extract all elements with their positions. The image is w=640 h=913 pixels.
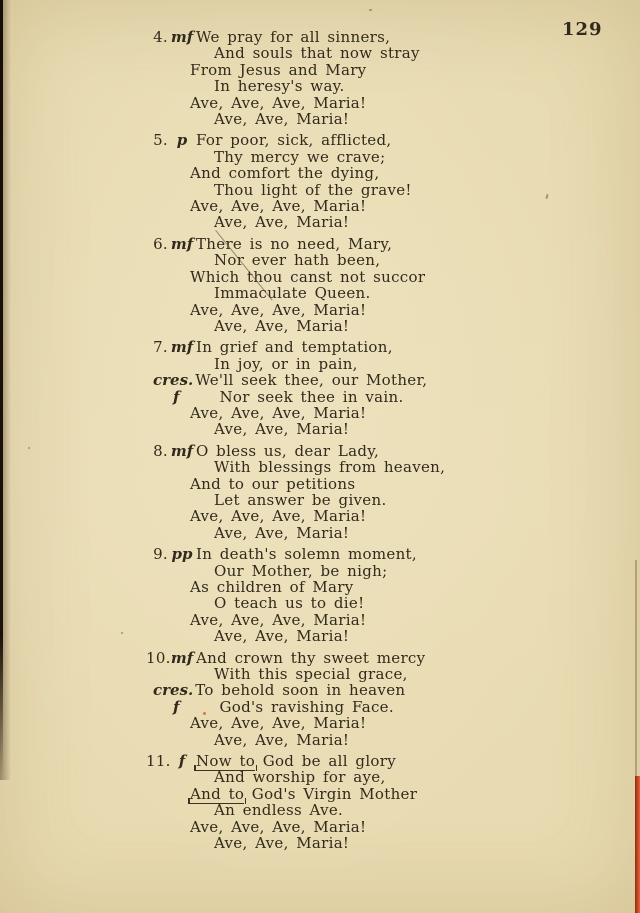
verse-number: 5. [146, 132, 168, 148]
line-text: God's ravishing Face. [219, 698, 393, 716]
right-page-edge-line [635, 560, 637, 785]
verse: 4.mfWe pray for all sinners,And souls th… [140, 29, 560, 127]
dynamic-marking: p [170, 132, 194, 148]
verse-number: 11. [146, 753, 168, 769]
line-text: O teach us to die! [214, 594, 364, 612]
paper-speck [203, 712, 206, 715]
verse-line: O teach us to die! [140, 595, 560, 611]
verse-line: From Jesus and Mary [140, 62, 560, 78]
verse-line: Ave, Ave, Ave, Maria! [140, 508, 560, 524]
verse-line: 9.ppIn death's solemn moment, [140, 546, 560, 562]
underline-marked-text: Now to [196, 752, 255, 771]
line-text: Ave, Ave, Ave, Maria! [190, 507, 366, 525]
verse-number: 6. [146, 236, 168, 252]
verse-line: 5.pFor poor, sick, afflicted, [140, 132, 560, 148]
line-text: Ave, Ave, Maria! [214, 213, 349, 231]
verse: 6.mfThere is no need, Mary,Nor ever hath… [140, 236, 560, 334]
verse-line: And worship for aye, [140, 769, 560, 785]
paper-speck [369, 9, 372, 11]
verse-line: Ave, Ave, Maria! [140, 628, 560, 644]
line-text: Ave, Ave, Maria! [214, 317, 349, 335]
line-text: Ave, Ave, Ave, Maria! [190, 301, 366, 319]
dynamic-marking: mf [170, 29, 194, 45]
line-text: Ave, Ave, Ave, Maria! [190, 94, 366, 112]
verse-line: As children of Mary [140, 579, 560, 595]
dynamic-marking: cres. [153, 372, 193, 388]
underline-marked-text: And to [190, 785, 244, 804]
verse-line: Ave, Ave, Maria! [140, 111, 560, 127]
verse: 10.mfAnd crown thy sweet mercyWith this … [140, 650, 560, 748]
line-text: Ave, Ave, Ave, Maria! [190, 714, 366, 732]
verse-line: Let answer be given. [140, 492, 560, 508]
verse-line: Ave, Ave, Ave, Maria! [140, 405, 560, 421]
verse-line: cres.We'll seek thee, our Mother, [140, 372, 560, 388]
dynamic-marking: pp [170, 546, 194, 562]
dynamic-marking: mf [170, 339, 194, 355]
line-text: Which thou canst not succor [190, 268, 425, 286]
verse-line: An endless Ave. [140, 802, 560, 818]
line-text: Immaculate Queen. [214, 284, 371, 302]
verse-line: In joy, or in pain, [140, 356, 560, 372]
left-page-edge [0, 0, 3, 775]
verse-line: fNor seek thee in vain. [140, 389, 560, 405]
verse-line: Ave, Ave, Maria! [140, 525, 560, 541]
line-text: We'll seek thee, our Mother, [195, 371, 427, 389]
verse-line: And to God's Virgin Mother [140, 786, 560, 802]
line-text: As children of Mary [190, 578, 354, 596]
line-text: We pray for all sinners, [196, 28, 390, 46]
verse-line: Which thou canst not succor [140, 269, 560, 285]
verse: 7.mfIn grief and temptation,In joy, or i… [140, 339, 560, 437]
line-text: In grief and temptation, [196, 338, 393, 356]
next-page-red-edge [635, 776, 640, 913]
verse-line: Nor ever hath been, [140, 252, 560, 268]
verse-line: And souls that now stray [140, 45, 560, 61]
verse-number: 10. [146, 650, 168, 666]
line-text: Ave, Ave, Maria! [214, 110, 349, 128]
dynamic-marking: f [173, 389, 179, 405]
verse-line: With blessings from heaven, [140, 459, 560, 475]
verse-line: With this special grace, [140, 666, 560, 682]
line-text: To behold soon in heaven [195, 681, 405, 699]
paper-speck [121, 632, 123, 634]
hymn-verses: 4.mfWe pray for all sinners,And souls th… [140, 29, 560, 857]
line-text: And comfort the dying, [190, 164, 379, 182]
dynamic-marking: f [173, 699, 179, 715]
line-text: And crown thy sweet mercy [196, 649, 425, 667]
verse: 11.fNow to God be all gloryAnd worship f… [140, 753, 560, 851]
verse-number: 7. [146, 339, 168, 355]
line-text: Our Mother, be nigh; [214, 562, 387, 580]
verse-line: Ave, Ave, Ave, Maria! [140, 198, 560, 214]
line-text: God be all glory [255, 752, 396, 770]
dynamic-marking: mf [170, 443, 194, 459]
verse-line: Ave, Ave, Ave, Maria! [140, 612, 560, 628]
verse-line: 8.mfO bless us, dear Lady, [140, 443, 560, 459]
verse: 9.ppIn death's solemn moment,Our Mother,… [140, 546, 560, 644]
verse-line: cres.To behold soon in heaven [140, 682, 560, 698]
line-text: In joy, or in pain, [214, 355, 358, 373]
line-text: With blessings from heaven, [214, 458, 445, 476]
verse-line: 7.mfIn grief and temptation, [140, 339, 560, 355]
dynamic-marking: mf [170, 650, 194, 666]
line-text: Ave, Ave, Ave, Maria! [190, 611, 366, 629]
page-number: 129 [562, 19, 603, 40]
verse-line: 4.mfWe pray for all sinners, [140, 29, 560, 45]
verse-line: In heresy's way. [140, 78, 560, 94]
paper-speck [28, 447, 30, 449]
line-text: Ave, Ave, Maria! [214, 524, 349, 542]
verse-line: Ave, Ave, Maria! [140, 732, 560, 748]
verse-number: 9. [146, 546, 168, 562]
verse-line: Ave, Ave, Maria! [140, 835, 560, 851]
verse-line: 11.fNow to God be all glory [140, 753, 560, 769]
verse-line: 6.mfThere is no need, Mary, [140, 236, 560, 252]
verse-line: Ave, Ave, Maria! [140, 421, 560, 437]
line-text: Ave, Ave, Ave, Maria! [190, 404, 366, 422]
line-text: Ave, Ave, Ave, Maria! [190, 197, 366, 215]
verse-line: Ave, Ave, Ave, Maria! [140, 819, 560, 835]
line-text: Ave, Ave, Ave, Maria! [190, 818, 366, 836]
line-text: Ave, Ave, Maria! [214, 731, 349, 749]
verse-line: Thy mercy we crave; [140, 149, 560, 165]
dynamic-marking: mf [170, 236, 194, 252]
line-text: For poor, sick, afflicted, [196, 131, 391, 149]
verse-line: Ave, Ave, Ave, Maria! [140, 302, 560, 318]
line-text: And to our petitions [190, 475, 355, 493]
line-text: From Jesus and Mary [190, 61, 366, 79]
verse: 8.mfO bless us, dear Lady,With blessings… [140, 443, 560, 541]
verse-line: Ave, Ave, Maria! [140, 214, 560, 230]
line-text: In death's solemn moment, [196, 545, 417, 563]
line-text: Ave, Ave, Maria! [214, 834, 349, 852]
verse-line: Immaculate Queen. [140, 285, 560, 301]
dynamic-marking: cres. [153, 682, 193, 698]
line-text: And worship for aye, [214, 768, 386, 786]
line-text: Ave, Ave, Maria! [214, 627, 349, 645]
line-text: And souls that now stray [214, 44, 420, 62]
line-text: Let answer be given. [214, 491, 387, 509]
line-text: O bless us, dear Lady, [196, 442, 379, 460]
line-text: Nor seek thee in vain. [219, 388, 403, 406]
verse-number: 4. [146, 29, 168, 45]
verse-line: Ave, Ave, Ave, Maria! [140, 95, 560, 111]
line-text: God's Virgin Mother [244, 785, 417, 803]
verse: 5.pFor poor, sick, afflicted,Thy mercy w… [140, 132, 560, 230]
line-text: With this special grace, [214, 665, 408, 683]
line-text: Thou light of the grave! [214, 181, 412, 199]
verse-line: Thou light of the grave! [140, 182, 560, 198]
dynamic-marking: f [170, 753, 194, 769]
line-text: Thy mercy we crave; [214, 148, 385, 166]
line-text: In heresy's way. [214, 77, 345, 95]
verse-number: 8. [146, 443, 168, 459]
book-page: 129 4.mfWe pray for all sinners,And soul… [0, 0, 640, 913]
verse-line: Our Mother, be nigh; [140, 563, 560, 579]
verse-line: And to our petitions [140, 476, 560, 492]
line-text: Ave, Ave, Maria! [214, 420, 349, 438]
verse-line: Ave, Ave, Maria! [140, 318, 560, 334]
verse-line: 10.mfAnd crown thy sweet mercy [140, 650, 560, 666]
verse-line: Ave, Ave, Ave, Maria! [140, 715, 560, 731]
verse-line: And comfort the dying, [140, 165, 560, 181]
